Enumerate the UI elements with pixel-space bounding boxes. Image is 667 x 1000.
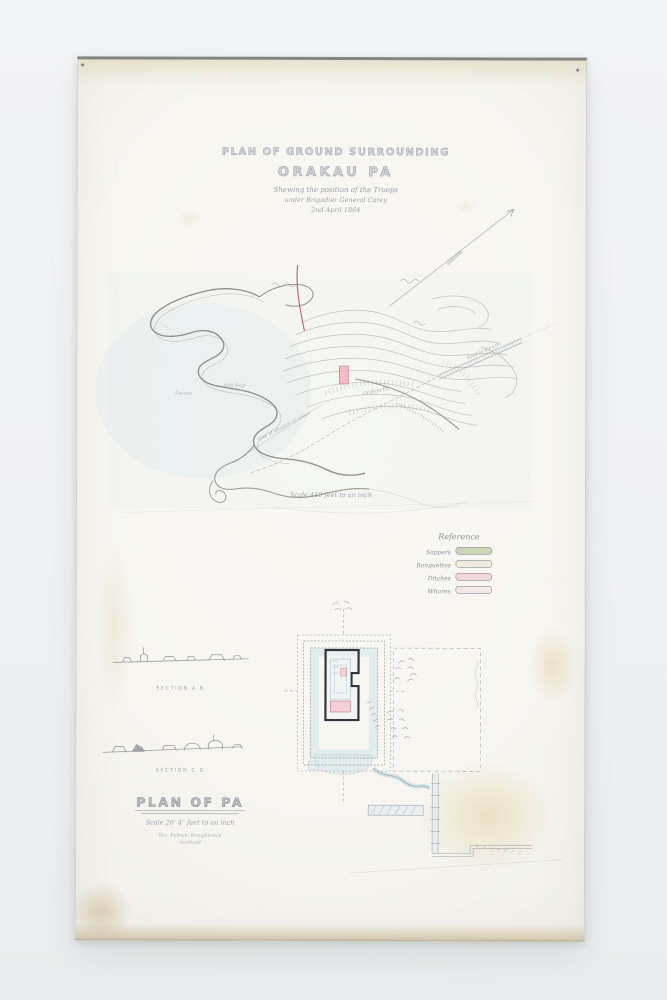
title-line-2: ORAKAU PA	[278, 165, 394, 180]
legend-swatch-banquettes	[456, 560, 492, 567]
legend-swatch-whares	[456, 586, 492, 593]
legend-swatch-sappers	[456, 547, 492, 554]
map-sheet: PLAN OF GROUND SURROUNDING ORAKAU PA She…	[75, 56, 587, 941]
legend-item: Banquettes	[415, 560, 492, 569]
title-line-4: under Brigadier General Carey	[285, 196, 388, 204]
legend-item: Ditches	[427, 573, 492, 582]
map-artwork: PLAN OF GROUND SURROUNDING ORAKAU PA She…	[75, 60, 587, 941]
whare-pink-small	[341, 668, 347, 676]
title-line-5: 2nd April 1864	[310, 206, 360, 214]
plan-title-underline	[135, 810, 245, 813]
legend-label: Ditches	[427, 575, 451, 582]
title-line-1: PLAN OF GROUND SURROUNDING	[222, 147, 450, 159]
paddock-boundary	[393, 648, 480, 771]
map-label-regiment: 40th Regt	[222, 383, 246, 389]
pa-site-marker	[339, 366, 348, 384]
title-block: PLAN OF GROUND SURROUNDING ORAKAU PA She…	[222, 147, 450, 215]
swamp-wash	[95, 302, 311, 479]
legend-label: Sappers	[426, 549, 451, 556]
plan-scale-text: Scale 26' 4" feet to an inch	[146, 819, 235, 827]
faint-ground-line	[350, 859, 562, 874]
legend: Reference Sappers Banquettes Ditches Wha…	[415, 532, 492, 595]
section-ab-profile	[113, 658, 249, 662]
legend-item: Sappers	[426, 547, 492, 556]
legend-item: Whares	[428, 586, 492, 595]
plan-title: PLAN OF PA	[136, 794, 244, 809]
section-cd-label: SECTION C.D	[156, 768, 205, 774]
section-cd	[102, 734, 242, 752]
sap-trench	[350, 768, 562, 874]
main-topographic-map: Orakau Pa Road to Kihikihi Line of advan…	[95, 208, 556, 513]
approach-trench-horizontal	[432, 845, 532, 856]
section-ab	[113, 647, 249, 662]
approach-trench-horizontal-hatch	[476, 845, 521, 853]
approach-trench-vertical-fill	[432, 773, 438, 853]
plan-credit-1: Geo. Pulman, Draughtsman	[159, 833, 222, 839]
plan-of-pa-title-block: PLAN OF PA Scale 26' 4" feet to an inch …	[135, 794, 245, 845]
legend-swatch-ditches	[456, 573, 492, 580]
section-ab-label: SECTION A.B	[156, 686, 204, 692]
legend-title: Reference	[437, 532, 480, 541]
main-map-scale-text: Scale 440 feet to an inch	[290, 491, 372, 499]
section-cd-profile	[102, 746, 242, 752]
paddock-edge-writing	[475, 659, 477, 709]
photo-canvas: PLAN OF GROUND SURROUNDING ORAKAU PA She…	[0, 0, 667, 1000]
map-label-swamp: Swamp	[175, 391, 192, 397]
whare-pink-marker	[330, 701, 350, 712]
pa-plan-drawing	[284, 601, 563, 873]
title-line-3: Shewing the position of the Troops	[274, 186, 399, 194]
plan-credit-2: Auckland	[178, 840, 200, 846]
legend-label: Banquettes	[415, 562, 451, 569]
legend-label: Whares	[428, 588, 451, 595]
ditch-foot	[308, 761, 318, 770]
